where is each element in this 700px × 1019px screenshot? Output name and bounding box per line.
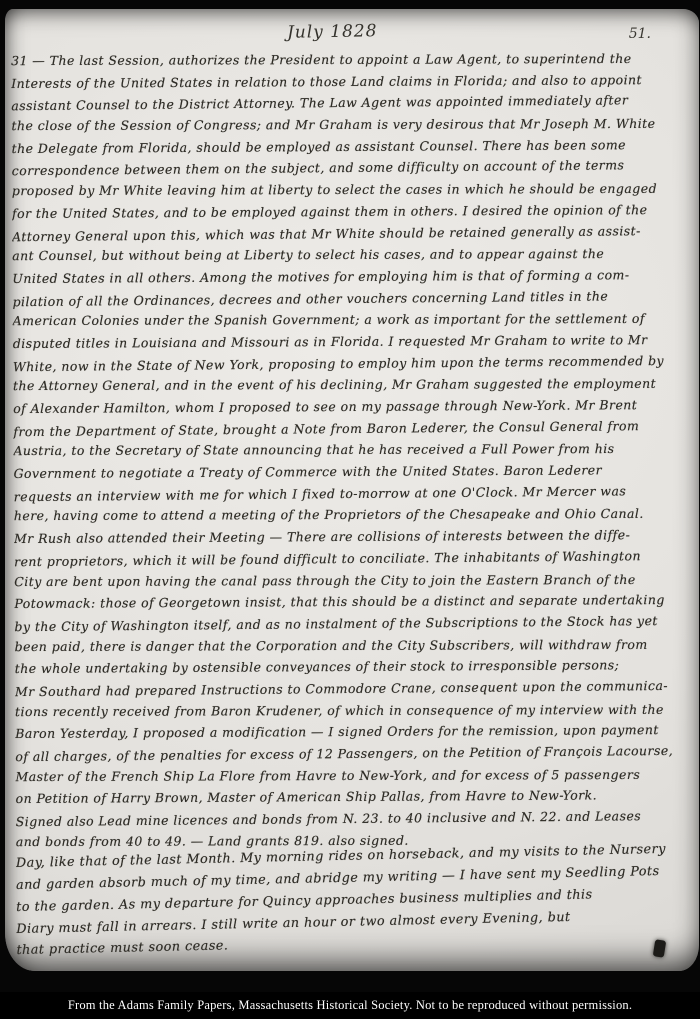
manuscript-text: 31 — The last Session, authorizes the Pr…	[11, 47, 699, 962]
manuscript-line: tions recently received from Baron Krude…	[15, 698, 699, 722]
credit-text: From the Adams Family Papers, Massachuse…	[68, 998, 632, 1013]
manuscript-line: been paid, there is danger that the Corp…	[15, 633, 699, 657]
manuscript-line: the Attorney General, and in the event o…	[13, 373, 699, 397]
manuscript-line: 31 — The last Session, authorizes the Pr…	[11, 48, 697, 72]
manuscript-line: American Colonies under the Spanish Gove…	[13, 308, 699, 332]
page-number: 51.	[629, 26, 651, 42]
page-date: July 1828	[287, 21, 378, 43]
manuscript-line: the close of the Session of Congress; an…	[11, 113, 697, 137]
manuscript-line: City are bent upon having the canal pass…	[14, 568, 699, 592]
manuscript-line: here, having come to attend a meeting of…	[14, 503, 699, 527]
manuscript-scan: July 1828 51. 31 — The last Session, aut…	[0, 0, 700, 1019]
manuscript-line: ant Counsel, but without being at Libert…	[12, 243, 698, 267]
manuscript-page: July 1828 51. 31 — The last Session, aut…	[5, 9, 699, 971]
manuscript-line: Master of the French Ship La Flore from …	[15, 763, 699, 787]
manuscript-line: proposed by Mr White leaving him at libe…	[12, 178, 698, 202]
credit-bar: From the Adams Family Papers, Massachuse…	[0, 992, 700, 1019]
manuscript-line: Austria, to the Secretary of State annou…	[13, 438, 699, 462]
